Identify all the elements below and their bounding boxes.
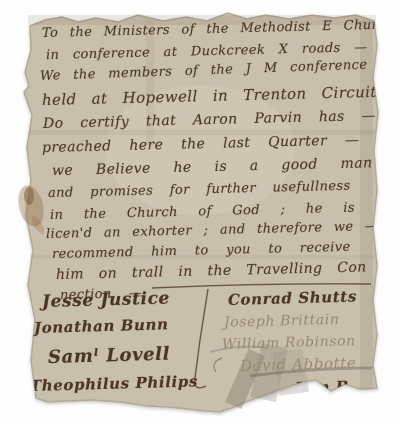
manuscript-line: To the Ministers of the Methodist E Chur… <box>42 18 395 40</box>
manuscript-line: we Believe he is a good man <box>52 156 373 178</box>
manuscript-line: held at Hopewell in Trenton Circuit <box>42 85 377 108</box>
manuscript-line: licen'd an exhorter ; and therefore we — <box>46 220 379 241</box>
signature: Conrad Shutts <box>228 289 357 308</box>
signature: Jesse Justice <box>42 290 170 311</box>
signature: Samˡ Lovell <box>48 346 171 367</box>
manuscript-line: in the Church of God ; he is <box>50 202 355 222</box>
manuscript-line: and promises for further usefullness <box>48 180 351 200</box>
manuscript-line: We the members of the J M conference <box>40 59 368 83</box>
signature: Joseph Brittain <box>224 313 340 330</box>
manuscript-line: recommend him to you to receive <box>52 241 351 261</box>
signature: Jonathan Bunn <box>34 317 169 336</box>
signature: Theophilus Philips <box>30 374 198 394</box>
signature: David Abbotte <box>240 356 357 374</box>
manuscript-line: Do certify that Aaron Parvin has — <box>43 109 376 131</box>
handwriting-layer: To the Ministers of the Methodist E Chur… <box>0 0 400 424</box>
manuscript-scan: To the Ministers of the Methodist E Chur… <box>0 0 400 424</box>
manuscript-line: preached here the last Quarter — <box>42 133 360 155</box>
signature: William Robinson <box>222 334 356 352</box>
manuscript-line: him on trall in the Travelling Con <box>56 260 367 282</box>
